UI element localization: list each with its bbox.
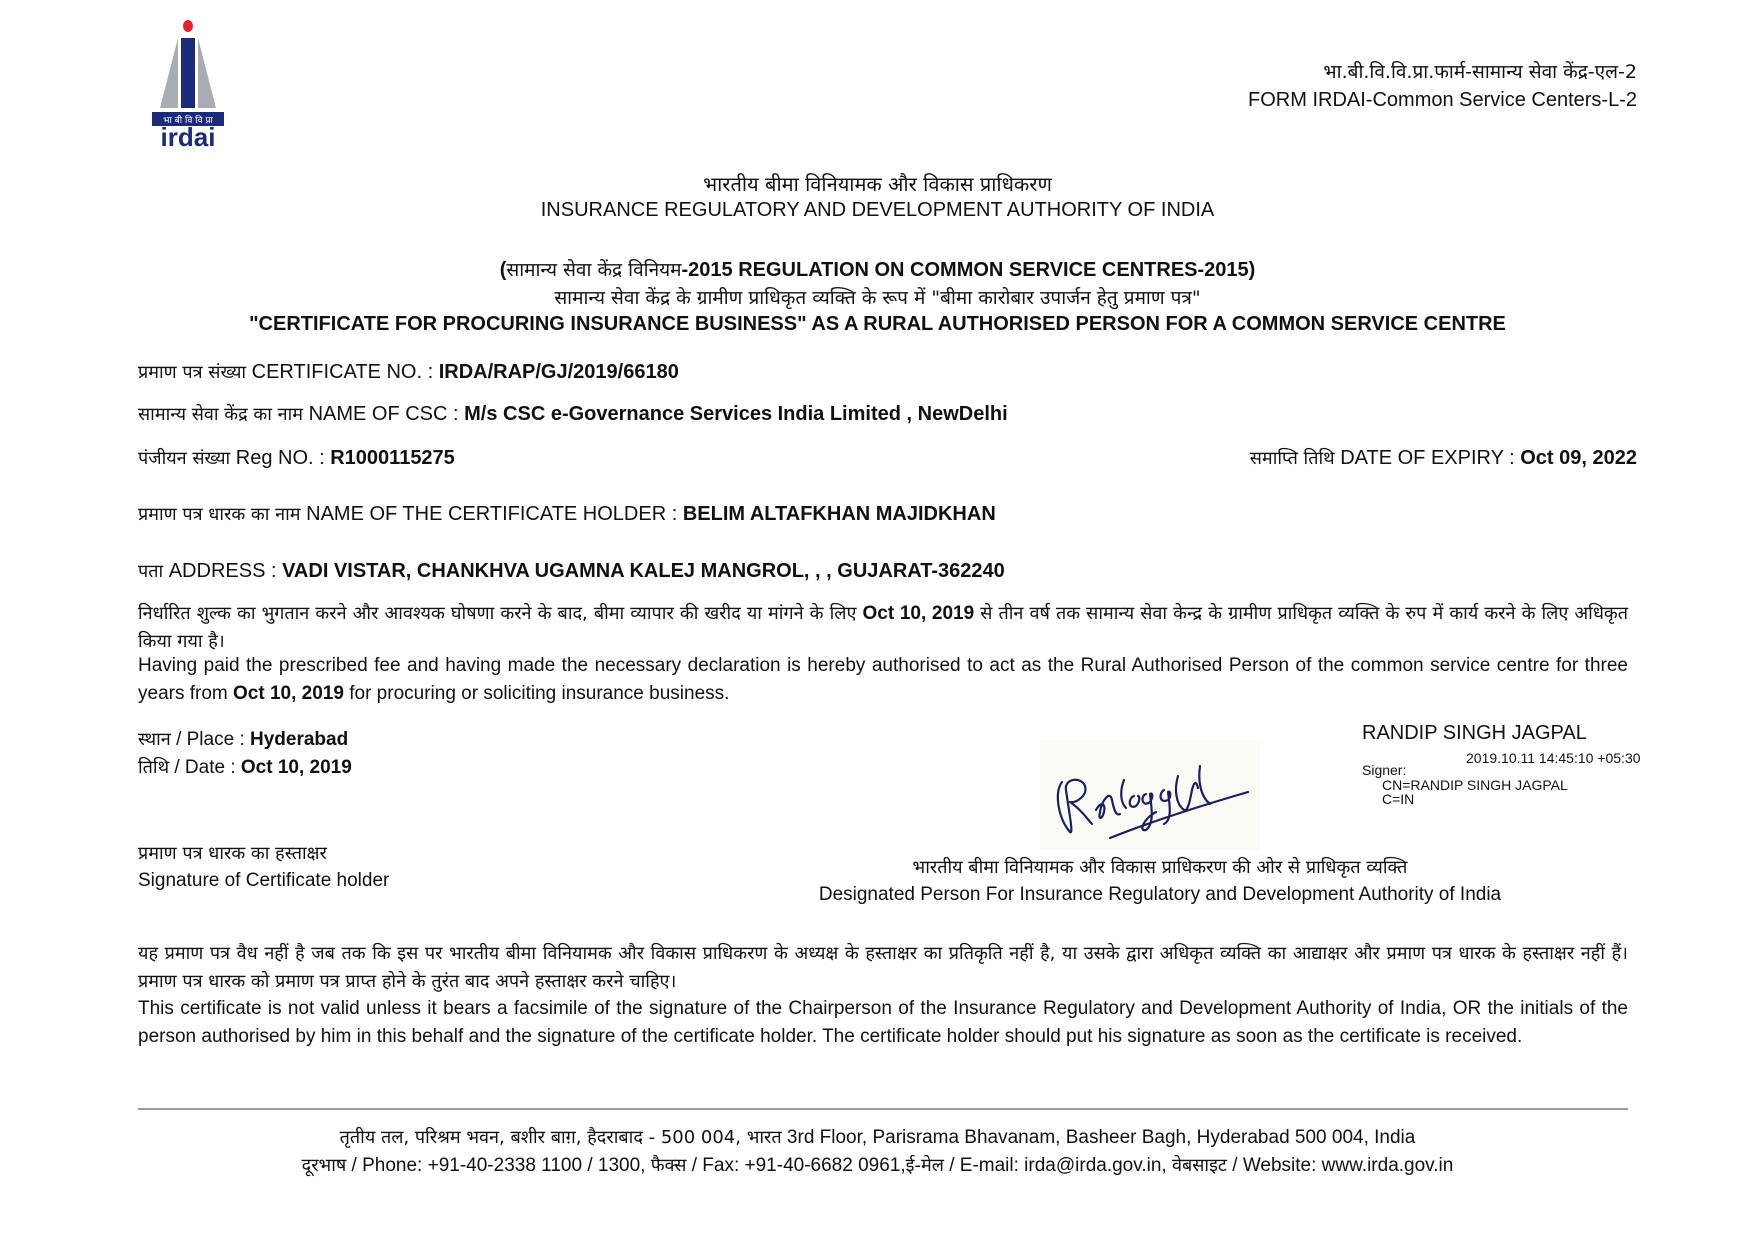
holder-name-field: प्रमाण पत्र धारक का नाम NAME OF THE CERT… (138, 500, 996, 529)
place-label: / Place : (171, 729, 250, 750)
form-code-hindi: भा.बी.वि.वि.प्रा.फार्म-सामान्य सेवा केंद… (1323, 58, 1637, 86)
declaration-hindi-text: निर्धारित शुल्क का भुगतान करने और आवश्यक… (138, 603, 863, 624)
address-value: VADI VISTAR, CHANKHVA UGAMNA KALEJ MANGR… (282, 560, 1005, 582)
validity-notice-hindi: यह प्रमाण पत्र वैध नहीं है जब तक कि इस प… (138, 940, 1628, 996)
authority-name-english: INSURANCE REGULATORY AND DEVELOPMENT AUT… (0, 199, 1755, 222)
certificate-number-label-hindi: प्रमाण पत्र संख्या (138, 362, 246, 383)
certificate-number-value: IRDA/RAP/GJ/2019/66180 (439, 361, 679, 383)
footer-address-english: 3rd Floor, Parisrama Bhavanam, Basheer B… (782, 1127, 1416, 1148)
fax-label-hindi: फैक्स (651, 1155, 687, 1176)
regulation-hindi: सामान्य सेवा केंद्र विनियम (506, 259, 681, 281)
certificate-title-english: "CERTIFICATE FOR PROCURING INSURANCE BUS… (0, 313, 1755, 336)
designated-person-hindi: भारतीय बीमा विनियामक और विकास प्राधिकरण … (760, 855, 1560, 879)
footer-fax: / Fax: +91-40-6682 0961, (686, 1155, 905, 1176)
designated-person-english: Designated Person For Insurance Regulato… (760, 884, 1560, 906)
holder-name-value: BELIM ALTAFKHAN MAJIDKHAN (683, 503, 996, 525)
email-label-hindi: ई-मेल (906, 1155, 944, 1176)
reg-number-label-hindi: पंजीयन संख्या (138, 448, 230, 469)
irdai-logo-icon: भा बी वि वि प्रा irdai (148, 18, 228, 148)
phone-label-hindi: दूरभाष (302, 1155, 347, 1176)
date-label-hindi: तिथि (138, 757, 169, 778)
regulation-english: -2015 REGULATION ON COMMON SERVICE CENTR… (682, 259, 1256, 281)
expiry-label: DATE OF EXPIRY : (1335, 447, 1521, 469)
address-label: ADDRESS : (163, 560, 282, 582)
validity-notice-english: This certificate is not valid unless it … (138, 995, 1628, 1051)
address-label-hindi: पता (138, 561, 163, 582)
signer-name: RANDIP SINGH JAGPAL (1362, 722, 1587, 745)
footer-address: तृतीय तल, परिश्रम भवन, बशीर बाग़, हैदराब… (0, 1125, 1755, 1149)
signer-country: C=IN (1382, 791, 1414, 807)
signature-timestamp: 2019.10.11 14:45:10 +05:30 (1466, 750, 1641, 766)
holder-name-label: NAME OF THE CERTIFICATE HOLDER : (301, 503, 683, 525)
reg-number-value: R1000115275 (330, 447, 455, 469)
expiry-value: Oct 09, 2022 (1520, 447, 1637, 469)
declaration-english-text-end: for procuring or soliciting insurance bu… (344, 683, 729, 704)
footer-divider (138, 1108, 1628, 1110)
signer-label: Signer: (1362, 762, 1406, 778)
holder-signature-label: Signature of Certificate holder (138, 870, 389, 892)
signature-image (1040, 740, 1260, 850)
certificate-title-hindi: सामान्य सेवा केंद्र के ग्रामीण प्राधिकृत… (0, 284, 1755, 310)
csc-name-value: M/s CSC e-Governance Services India Limi… (464, 403, 1008, 425)
reg-number-field: पंजीयन संख्या Reg NO. : R1000115275 (138, 444, 455, 473)
date-value: Oct 10, 2019 (241, 757, 352, 778)
date-label: / Date : (169, 757, 241, 778)
footer-address-hindi: तृतीय तल, परिश्रम भवन, बशीर बाग़, हैदराब… (340, 1127, 782, 1148)
authority-name-hindi: भारतीय बीमा विनियामक और विकास प्राधिकरण (0, 170, 1755, 197)
regulation-heading: (सामान्य सेवा केंद्र विनियम-2015 REGULAT… (0, 256, 1755, 282)
certificate-number-field: प्रमाण पत्र संख्या CERTIFICATE NO. : IRD… (138, 358, 679, 387)
csc-name-field: सामान्य सेवा केंद्र का नाम NAME OF CSC :… (138, 400, 1008, 429)
expiry-date-field: समाप्ति तिथि DATE OF EXPIRY : Oct 09, 20… (1250, 444, 1637, 473)
expiry-label-hindi: समाप्ति तिथि (1250, 448, 1335, 469)
footer-website[interactable]: / Website: www.irda.gov.in (1227, 1155, 1453, 1176)
footer-email[interactable]: / E-mail: irda@irda.gov.in, (944, 1155, 1172, 1176)
footer-contact: दूरभाष / Phone: +91-40-2338 1100 / 1300,… (0, 1153, 1755, 1177)
certificate-number-label: CERTIFICATE NO. : (246, 361, 439, 383)
place-value: Hyderabad (250, 729, 348, 750)
date-field: तिथि / Date : Oct 10, 2019 (138, 755, 352, 779)
declaration-english: Having paid the prescribed fee and havin… (138, 652, 1628, 708)
place-field: स्थान / Place : Hyderabad (138, 727, 348, 751)
address-field: पता ADDRESS : VADI VISTAR, CHANKHVA UGAM… (138, 557, 1005, 586)
holder-signature-label-hindi: प्रमाण पत्र धारक का हस्ताक्षर (138, 841, 327, 865)
svg-text:irdai: irdai (161, 122, 216, 148)
place-label-hindi: स्थान (138, 729, 171, 750)
website-label-hindi: वेबसाइट (1172, 1155, 1227, 1176)
declaration-hindi-date: Oct 10, 2019 (863, 603, 975, 624)
declaration-english-date: Oct 10, 2019 (233, 683, 344, 704)
form-code-english: FORM IRDAI-Common Service Centers-L-2 (1248, 86, 1637, 114)
csc-name-label: NAME OF CSC : (303, 403, 464, 425)
holder-name-label-hindi: प्रमाण पत्र धारक का नाम (138, 504, 301, 525)
declaration-hindi: निर्धारित शुल्क का भुगतान करने और आवश्यक… (138, 600, 1628, 656)
csc-name-label-hindi: सामान्य सेवा केंद्र का नाम (138, 404, 303, 425)
reg-number-label: Reg NO. : (230, 447, 330, 469)
footer-phone: / Phone: +91-40-2338 1100 / 1300, (346, 1155, 650, 1176)
